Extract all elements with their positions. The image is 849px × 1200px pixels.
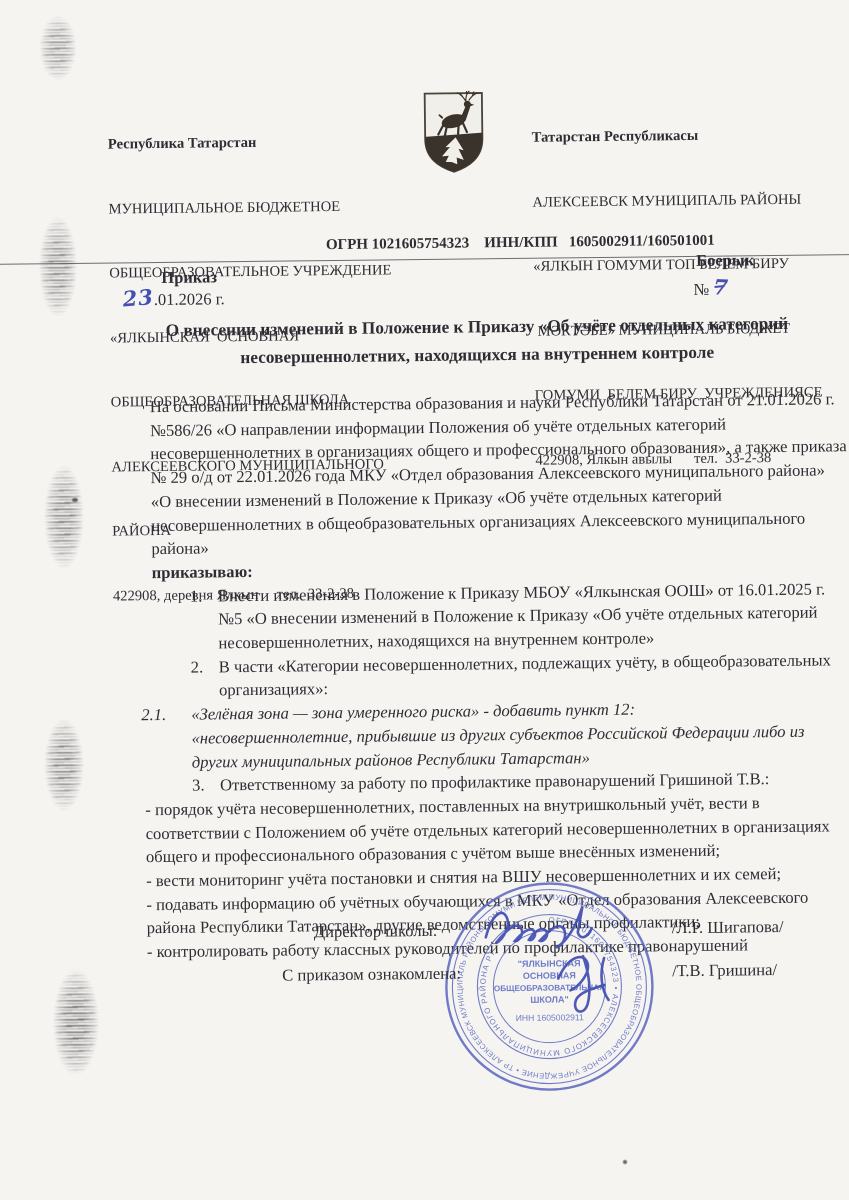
item-number: 3.: [192, 774, 220, 798]
list-item-1: 1.Внести изменения в Положение к Приказу…: [143, 577, 849, 656]
director-name: /Л.Р. Шигапова/: [672, 917, 784, 938]
letterhead-region-tt: Татарстан Республикасы: [532, 124, 837, 149]
item-number: 1.: [190, 584, 218, 608]
order-number: № 7: [693, 275, 729, 300]
item-number: 2.: [191, 655, 219, 679]
dash-item-1: - порядок учёта несовершеннолетних, пост…: [145, 790, 849, 869]
acknowledged-signature: [550, 946, 631, 1017]
acknowledged-name: /Т.В. Гришина/: [672, 960, 777, 981]
scanned-order-document: Республика Татарстан МУНИЦИПАЛЬНОЕ БЮДЖЕ…: [0, 0, 849, 1200]
item-2-1-quote: «несовершеннолетние, прибывшие из других…: [144, 719, 849, 774]
document-title: О внесении изменений в Положение к Прика…: [107, 309, 848, 373]
order-date: 23.01.2026 г.: [122, 284, 224, 310]
letterhead-line: МУНИЦИПАЛЬНОЕ БЮДЖЕТНОЕ: [108, 195, 438, 220]
letterhead-region-ru: Республика Татарстан: [108, 131, 438, 156]
director-label: Директор школы:: [314, 921, 438, 942]
list-item-2: 2.В части «Категории несовершеннолетних,…: [144, 648, 849, 703]
letterhead-line: АЛЕКСЕЕВСК МУНИЦИПАЛЬ РАЙОНЫ: [532, 189, 837, 214]
number-sign: №: [693, 280, 713, 299]
order-body: На основании Письма Министерства образов…: [141, 387, 849, 964]
order-date-printed: .01.2026 г.: [154, 289, 225, 309]
handwritten-number: 7: [713, 274, 730, 300]
coat-of-arms-icon: [420, 89, 487, 178]
acknowledged-label: С приказом ознакомлена:: [282, 964, 461, 986]
order-label-tt: Боерык: [696, 250, 754, 271]
handwritten-day: 23: [122, 284, 155, 311]
item-number: 2.1.: [166, 703, 191, 727]
intro-paragraph: На основании Письма Министерства образов…: [141, 387, 849, 561]
letterhead-line: ОБЩЕОБРАЗОВАТЕЛЬНОЕ УЧРЕЖДЕНИЕ: [109, 260, 439, 285]
